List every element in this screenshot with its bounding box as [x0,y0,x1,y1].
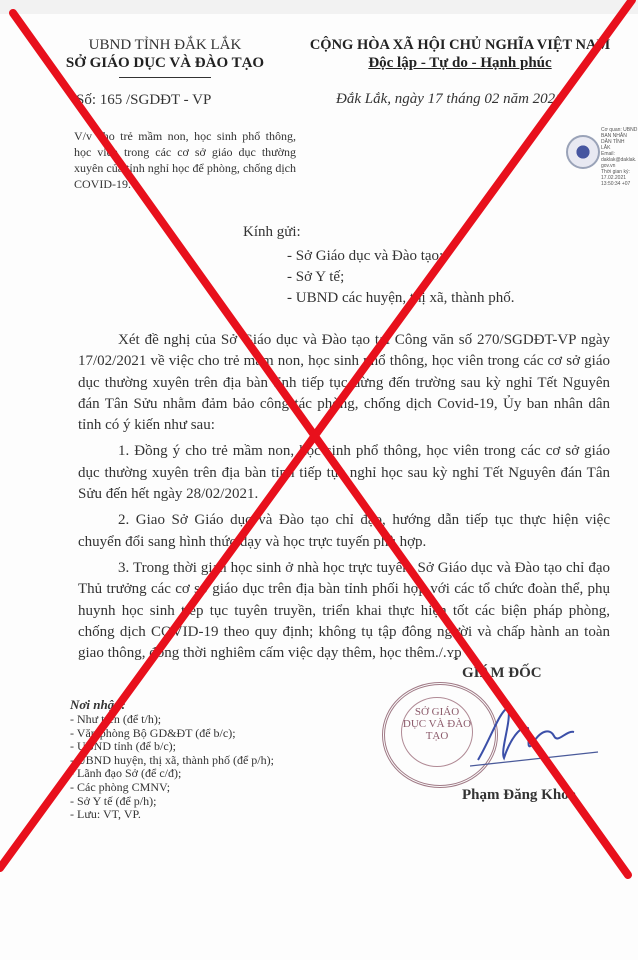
national-title: CỘNG HÒA XÃ HỘI CHỦ NGHĨA VIỆT NAM [285,36,635,54]
issuer-header: UBND TỈNH ĐẮK LẮK SỞ GIÁO DỤC VÀ ĐÀO TẠO [40,36,290,78]
body-paragraph: Xét đề nghị của Sở Giáo dục và Đào tạo t… [78,330,610,436]
signer-position: GIÁM ĐỐC [462,665,542,682]
national-header: CỘNG HÒA XÃ HỘI CHỦ NGHĨA VIỆT NAM Độc l… [285,36,635,73]
recipient-item: - Lãnh đạo Sở (để c/đ); [70,767,274,781]
signer-name: Phạm Đăng Khoa [462,787,576,804]
body-paragraph: 2. Giao Sở Giáo dục và Đào tạo chỉ đạo, … [78,510,610,553]
national-emblem-icon [566,135,600,169]
addressee-label: Kính gửi: [243,224,301,241]
issuer-name: SỞ GIÁO DỤC VÀ ĐÀO TẠO [40,54,290,73]
addressee-item: - Sở Giáo dục và Đào tạo; [287,246,514,267]
document-body: Xét đề nghị của Sở Giáo dục và Đào tạo t… [78,330,610,669]
digital-signature-text: Cơ quan: UBND BAN NHÂN DÂN TỈNH LẮK Emai… [601,127,637,187]
recipients-title: Nơi nhận: [70,697,126,713]
body-paragraph: 3. Trong thời gian học sinh ở nhà học tr… [78,558,610,664]
document-date: Đắk Lắk, ngày 17 tháng 02 năm 2021 [336,91,563,108]
body-paragraph: 1. Đồng ý cho trẻ mầm non, học sinh phổ … [78,441,610,505]
recipient-item: - Như trên (để t/h); [70,713,274,727]
recipient-item: - Văn phòng Bộ GD&ĐT (để b/c); [70,727,274,741]
digital-signature-box: Cơ quan: UBND BAN NHÂN DÂN TỈNH LẮK Emai… [566,127,636,177]
recipient-item: - Lưu: VT, VP. [70,808,274,822]
header-rule [119,77,211,78]
document-page: UBND TỈNH ĐẮK LẮK SỞ GIÁO DỤC VÀ ĐÀO TẠO… [0,0,638,960]
addressee-item: - UBND các huyện, thị xã, thành phố. [287,288,514,309]
top-strip [0,0,638,14]
handwritten-signature [470,700,600,770]
recipient-item: - Các phòng CMNV; [70,781,274,795]
addressee-list: - Sở Giáo dục và Đào tạo; - Sở Y tế; - U… [287,246,514,309]
recipients-list: - Như trên (để t/h); - Văn phòng Bộ GD&Đ… [70,713,274,822]
recipient-item: - Sở Y tế (để p/h); [70,795,274,809]
issuer-parent: UBND TỈNH ĐẮK LẮK [40,36,290,54]
national-motto: Độc lập - Tự do - Hạnh phúc [285,54,635,73]
addressee-item: - Sở Y tế; [287,267,514,288]
document-number: Số: 165 /SGDĐT - VP [76,92,211,109]
document-subject: V/v cho trẻ mầm non, học sinh phổ thông,… [74,128,296,192]
recipient-item: - UBND huyện, thị xã, thành phố (để p/h)… [70,754,274,768]
stamp-text: SỞ GIÁO DỤC VÀ ĐÀO TẠO [401,697,473,767]
recipient-item: - UBND tỉnh (để b/c); [70,740,274,754]
